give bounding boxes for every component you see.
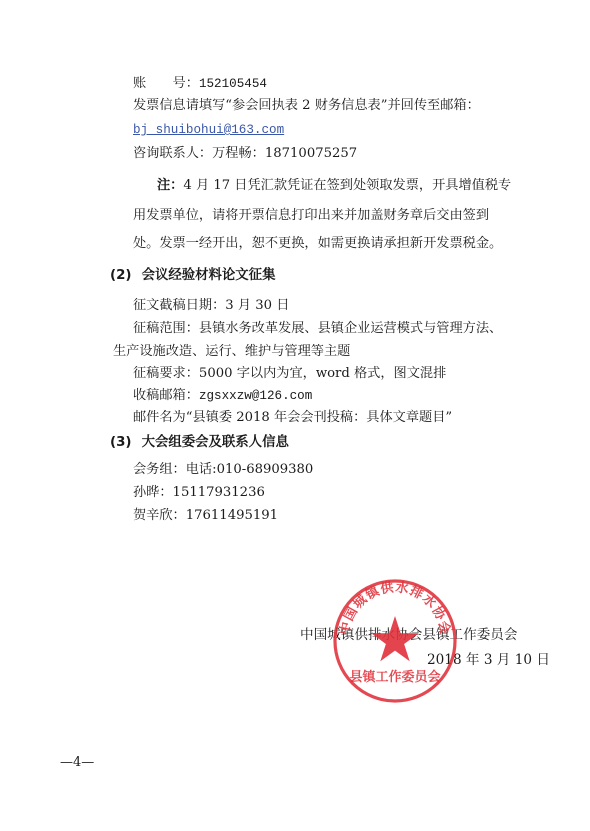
account-line: 账 号：152105454 bbox=[133, 75, 267, 93]
page-number: —4— bbox=[60, 754, 94, 772]
section2-title: 会议经验材料论文征集 bbox=[142, 268, 276, 283]
contact-he: 贺辛欣：17611495191 bbox=[133, 507, 278, 525]
invoice-email-link[interactable]: bj_shuibohui@163.com bbox=[133, 123, 284, 137]
section2-email-line: 收稿邮箱：zgsxxzw@126.com bbox=[133, 387, 312, 405]
account-value: 152105454 bbox=[199, 77, 267, 91]
section2-scope-line2: 生产设施改造、运行、维护与管理等主题 bbox=[113, 343, 350, 361]
section2-number: (2) bbox=[110, 268, 132, 283]
section2-email-value: zgsxxzw@126.com bbox=[199, 389, 312, 403]
note-text-1: 4 月 17 日凭汇款凭证在签到处领取发票，开具增值税专 bbox=[183, 178, 511, 193]
signature-date: 2018 年 3 月 10 日 bbox=[427, 651, 550, 669]
section2-scope-line1: 征稿范围：县镇水务改革发展、县镇企业运营模式与管理方法、 bbox=[133, 320, 502, 338]
invoice-instruction: 发票信息请填写“参会回执表 2 财务信息表”并回传至邮箱： bbox=[133, 97, 480, 115]
section2-email-label: 收稿邮箱： bbox=[133, 388, 199, 403]
section3-number: (3) bbox=[110, 435, 132, 450]
section2-subject: 邮件名为“县镇委 2018 年会会刊投稿：具体文章题目” bbox=[133, 409, 452, 427]
note-line-1: 注：4 月 17 日凭汇款凭证在签到处领取发票，开具增值税专 bbox=[157, 177, 511, 195]
note-label: 注： bbox=[157, 178, 183, 193]
invoice-email-line: bj_shuibohui@163.com bbox=[133, 121, 284, 139]
section2-heading: (2)会议经验材料论文征集 bbox=[110, 267, 275, 285]
section2-requirements: 征稿要求：5000 字以内为宜，word 格式，图文混排 bbox=[133, 365, 446, 383]
seal-bottom-text: 县镇工作委员会 bbox=[349, 669, 440, 685]
consult-contact: 咨询联系人：万程畅：18710075257 bbox=[133, 145, 357, 163]
section2-deadline: 征文截稿日期：3 月 30 日 bbox=[133, 297, 289, 315]
note-line-2: 用发票单位，请将开票信息打印出来并加盖财务章后交由签到 bbox=[133, 207, 489, 225]
section3-title: 大会组委会及联系人信息 bbox=[142, 435, 289, 450]
contact-hotline: 会务组：电话:010-68909380 bbox=[133, 461, 313, 479]
contact-sun: 孙晔：15117931236 bbox=[133, 484, 265, 502]
signature-organization: 中国城镇供排水协会县镇工作委员会 bbox=[300, 626, 518, 644]
note-line-3: 处。发票一经开出，恕不更换，如需更换请承担新开发票税金。 bbox=[133, 235, 502, 253]
account-label: 账 号： bbox=[133, 76, 199, 91]
section3-heading: (3)大会组委会及联系人信息 bbox=[110, 434, 289, 452]
